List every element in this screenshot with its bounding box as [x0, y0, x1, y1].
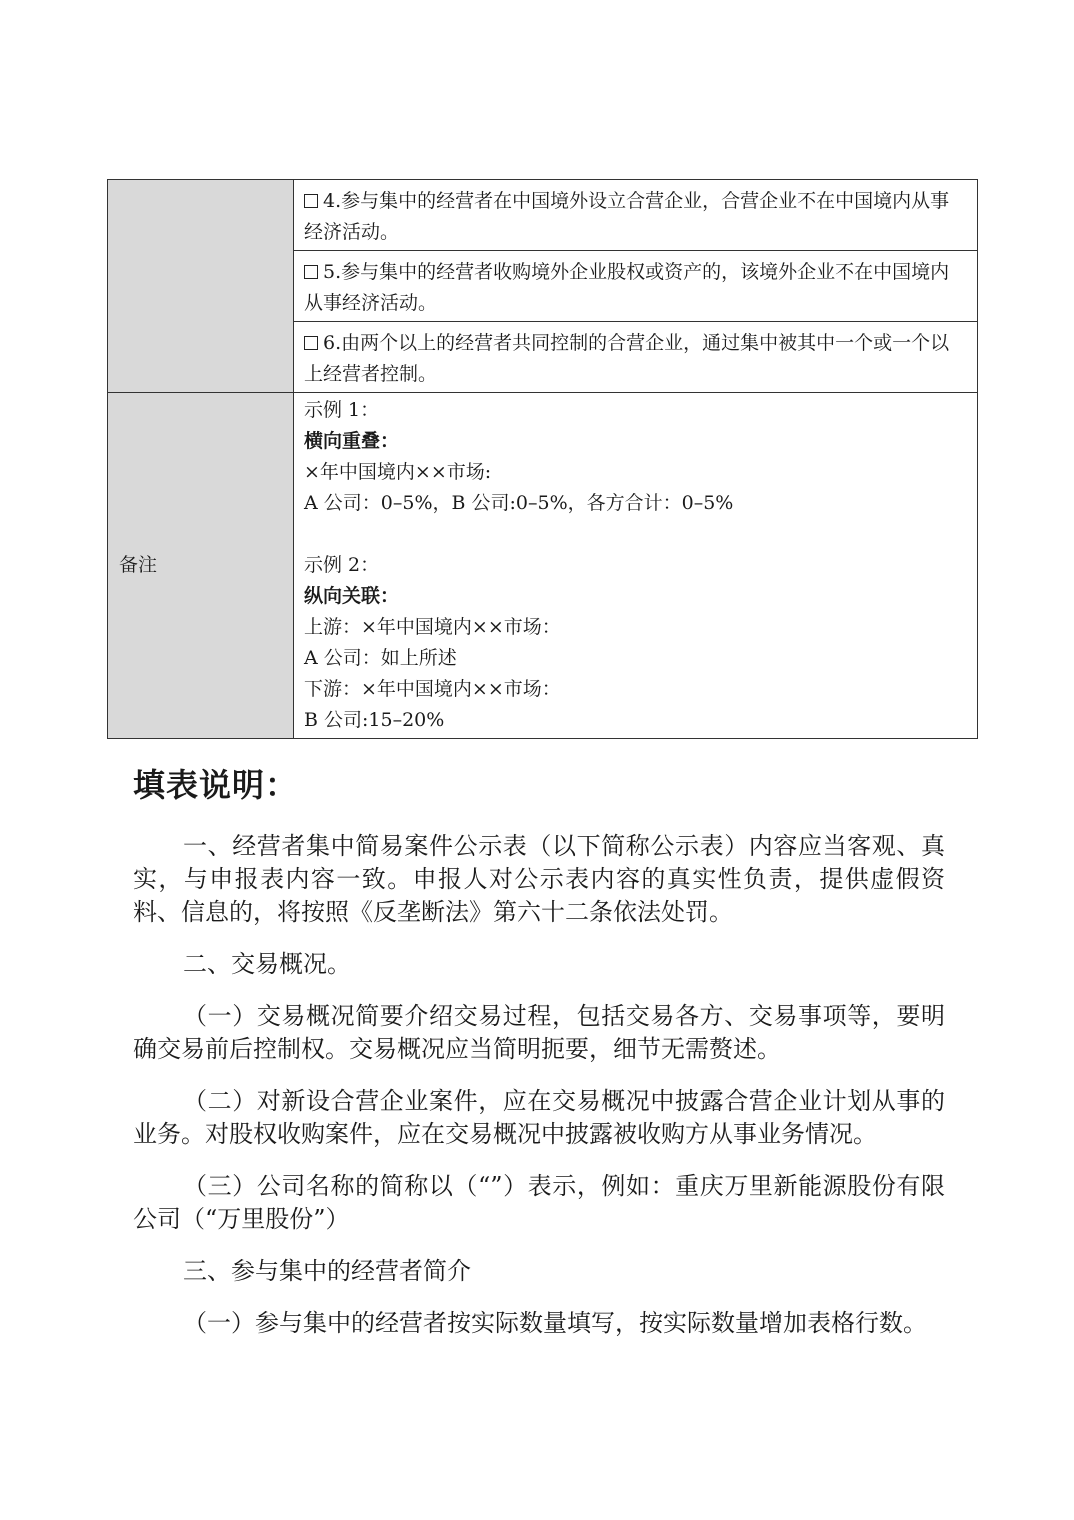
- instruction-paragraph-2-2: （二）对新设合营企业案件，应在交易概况中披露合营企业计划从事的业务。对股权收购案…: [133, 1085, 945, 1151]
- instruction-paragraph-1: 一、经营者集中简易案件公示表（以下简称公示表）内容应当客观、真实，与申报表内容一…: [133, 830, 945, 929]
- option-cell: 4.参与集中的经营者在中国境外设立合营企业，合营企业不在中国境内从事经济活动。: [294, 180, 978, 251]
- label-cell-empty: [108, 180, 294, 393]
- notes-content-cell: 示例 1： 横向重叠： ×年中国境内××市场: A 公司：0–5%，B 公司:0…: [294, 393, 978, 739]
- note-line-vertical-link: 纵向关联：: [304, 581, 968, 612]
- note-line-shares: A 公司：0–5%，B 公司:0–5%，各方合计：0–5%: [304, 488, 968, 519]
- note-line-company-a: A 公司：如上所述: [304, 643, 968, 674]
- instruction-paragraph-2-3: （三）公司名称的简称以（“”）表示，例如：重庆万里新能源股份有限公司（“万里股份…: [133, 1170, 945, 1236]
- checkbox-option-6[interactable]: [304, 336, 318, 350]
- note-line-market: ×年中国境内××市场:: [304, 457, 968, 488]
- checkbox-option-4[interactable]: [304, 194, 318, 208]
- instruction-paragraph-3-1: （一）参与集中的经营者按实际数量填写，按实际数量增加表格行数。: [133, 1307, 945, 1340]
- checkbox-option-5[interactable]: [304, 265, 318, 279]
- note-line-downstream: 下游：×年中国境内××市场：: [304, 674, 968, 705]
- notes-label-cell: 备注: [108, 393, 294, 739]
- document-page: 4.参与集中的经营者在中国境外设立合营企业，合营企业不在中国境内从事经济活动。 …: [0, 0, 1074, 1520]
- notice-form-table: 4.参与集中的经营者在中国境外设立合营企业，合营企业不在中国境内从事经济活动。 …: [107, 179, 978, 739]
- note-line-horizontal-overlap: 横向重叠：: [304, 426, 968, 457]
- table-row-notes: 备注 示例 1： 横向重叠： ×年中国境内××市场: A 公司：0–5%，B 公…: [108, 393, 978, 739]
- note-line-example1-heading: 示例 1：: [304, 395, 968, 426]
- instructions-body: 一、经营者集中简易案件公示表（以下简称公示表）内容应当客观、真实，与申报表内容一…: [133, 830, 945, 1359]
- option-text: 6.由两个以上的经营者共同控制的合营企业，通过集中被其中一个或一个以上经营者控制…: [304, 332, 949, 385]
- note-line-example2-heading: 示例 2：: [304, 550, 968, 581]
- instruction-paragraph-2-1: （一）交易概况简要介绍交易过程，包括交易各方、交易事项等，要明确交易前后控制权。…: [133, 1000, 945, 1066]
- note-line-company-b: B 公司:15–20%: [304, 705, 968, 736]
- notes-label: 备注: [119, 554, 157, 576]
- option-text: 4.参与集中的经营者在中国境外设立合营企业，合营企业不在中国境内从事经济活动。: [304, 190, 949, 243]
- option-cell: 5.参与集中的经营者收购境外企业股权或资产的，该境外企业不在中国境内从事经济活动…: [294, 251, 978, 322]
- option-text: 5.参与集中的经营者收购境外企业股权或资产的，该境外企业不在中国境内从事经济活动…: [304, 261, 949, 314]
- instruction-paragraph-3: 三、参与集中的经营者简介: [133, 1255, 945, 1288]
- instruction-paragraph-2: 二、交易概况。: [133, 948, 945, 981]
- note-line-blank: [304, 519, 968, 550]
- instructions-title: 填表说明：: [133, 760, 298, 806]
- option-cell: 6.由两个以上的经营者共同控制的合营企业，通过集中被其中一个或一个以上经营者控制…: [294, 322, 978, 393]
- note-line-upstream: 上游：×年中国境内××市场：: [304, 612, 968, 643]
- table-row-option-4: 4.参与集中的经营者在中国境外设立合营企业，合营企业不在中国境内从事经济活动。: [108, 180, 978, 251]
